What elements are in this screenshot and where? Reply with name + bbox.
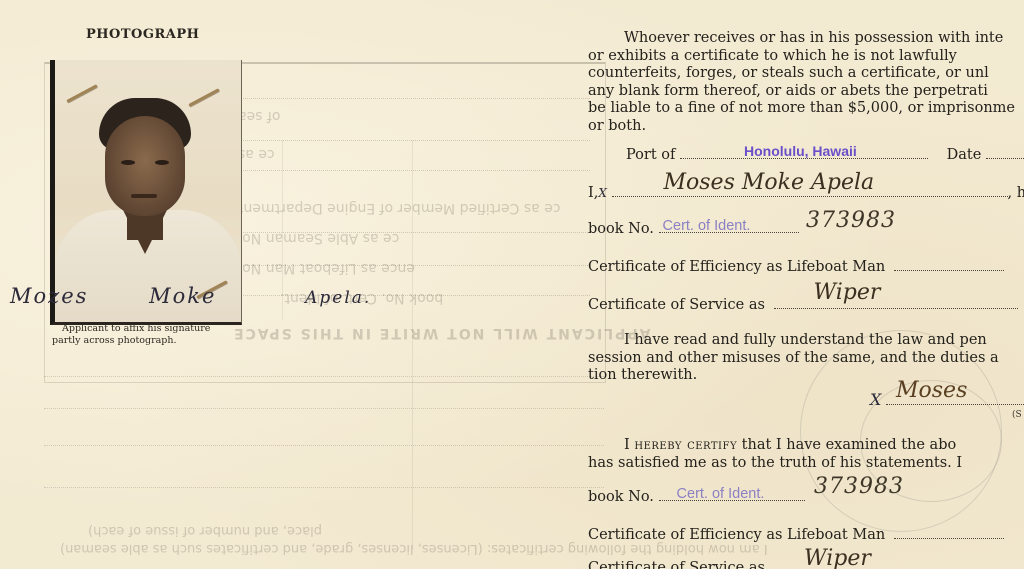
photograph-heading: PHOTOGRAPH	[86, 27, 199, 42]
cert-book-label: book No.	[588, 489, 654, 505]
declarant-prefix: I,	[588, 185, 598, 201]
bleedthrough-text: I am now holding the following certifica…	[60, 541, 768, 556]
port-value-field[interactable]: Honolulu, Hawaii	[680, 146, 928, 159]
lifeboat-label: Certificate of Efficiency as Lifeboat Ma…	[588, 259, 885, 275]
declarant-mark: X	[598, 186, 607, 200]
declarant-name: Moses Moke Apela	[664, 170, 875, 195]
staple-icon	[66, 84, 97, 103]
signature-part: Mozes	[10, 284, 88, 308]
cert-lifeboat-input[interactable]	[894, 526, 1004, 539]
warning-line: or exhibits a certificate to which he is…	[588, 48, 1024, 66]
service-value: Wiper	[814, 280, 881, 305]
bleedthrough-text: ce as Certified Member of Engine Departm…	[238, 200, 561, 216]
declarant-name-field[interactable]: Moses Moke Apela	[612, 184, 1008, 197]
port-stamp: Honolulu, Hawaii	[744, 143, 857, 159]
caption-line: Applicant to affix his signature	[52, 323, 210, 335]
cert-service-value: Wiper	[804, 546, 871, 569]
cert-service-label: Certificate of Service as	[588, 560, 765, 569]
date-field[interactable]	[986, 146, 1024, 159]
bleedthrough-text: place, and number of issue of each)	[88, 523, 322, 538]
applicant-signature: Moses	[896, 378, 967, 403]
cert-lifeboat-label: Certificate of Efficiency as Lifeboat Ma…	[588, 527, 885, 543]
lifeboat-field: Certificate of Efficiency as Lifeboat Ma…	[588, 258, 1004, 275]
certification-paragraph: I hereby certify that I have examined th…	[588, 437, 1024, 472]
bleedthrough-rule	[230, 170, 590, 171]
ack-line: I have read and fully understand the law…	[588, 332, 1024, 350]
cert-book-number-input[interactable]: Cert. of Ident.	[659, 488, 805, 501]
signature-mark: X	[870, 390, 881, 409]
port-label: Port of	[626, 147, 675, 163]
service-input[interactable]: Wiper	[774, 296, 1018, 309]
acknowledgement-paragraph: I have read and fully understand the law…	[588, 332, 1024, 385]
portrait-collar	[123, 210, 167, 254]
warning-line: or both.	[588, 118, 1024, 136]
bleedthrough-rule	[230, 98, 590, 99]
book-number-input[interactable]: Cert. of Ident.	[659, 220, 799, 233]
bleedthrough-text: ence as Lifeboat Man No.	[238, 260, 415, 276]
cert-lifeboat-field: Certificate of Efficiency as Lifeboat Ma…	[588, 526, 1004, 543]
cert-book-number: 373983	[814, 474, 904, 499]
portrait-eye	[155, 160, 169, 165]
bleedthrough-rule	[44, 376, 604, 377]
book-label: book No.	[588, 221, 654, 237]
applicant-signature-field: X Moses	[870, 390, 1024, 409]
photograph-caption: Applicant to affix his signature partly …	[52, 323, 210, 347]
caption-line: partly across photograph.	[52, 335, 210, 347]
service-label: Certificate of Service as	[588, 297, 765, 313]
signature-part: Moke	[149, 284, 216, 308]
bleedthrough-text: ce as	[238, 146, 275, 162]
lifeboat-input[interactable]	[894, 258, 1004, 271]
portrait-face	[105, 116, 185, 216]
warning-line: any blank form thereof, or aids or abets…	[588, 83, 1024, 101]
book-number-field: book No. Cert. of Ident. 373983	[588, 220, 799, 237]
cert-book-number-field: book No. Cert. of Ident. 373983	[588, 488, 805, 505]
warning-line: counterfeits, forges, or steals such a c…	[588, 65, 1024, 83]
warning-paragraph: Whoever receives or has in his possessio…	[588, 30, 1024, 135]
declarant-suffix: , h	[1008, 185, 1024, 201]
bleedthrough-text: of sea	[238, 108, 280, 124]
cert-service-field: Certificate of Service as Wiper	[588, 560, 765, 569]
bleedthrough-text: ce as Able Seaman No.	[238, 230, 399, 246]
ack-line: session and other misuses of the same, a…	[588, 350, 1024, 368]
bleedthrough-rule	[230, 140, 590, 141]
signature-caption: (S	[1012, 410, 1022, 420]
staple-icon	[188, 88, 219, 107]
signature-input[interactable]: Moses	[886, 392, 1024, 405]
book-number: 373983	[806, 208, 896, 233]
date-label: Date	[947, 147, 982, 163]
bleedthrough-rule	[44, 408, 604, 409]
bleedthrough-rule	[44, 487, 604, 488]
warning-line: Whoever receives or has in his possessio…	[588, 30, 1024, 48]
signature-part: Apela.	[305, 288, 371, 308]
port-field: Port of Honolulu, Hawaii Date	[626, 146, 1024, 163]
service-field: Certificate of Service as Wiper	[588, 296, 1018, 313]
applicant-signature-across-photo: Mozes Moke Apela.	[10, 284, 393, 308]
cert-book-stamp: Cert. of Ident.	[677, 486, 765, 502]
cert-line: I hereby certify that I have examined th…	[588, 437, 1024, 455]
portrait-eye	[121, 160, 135, 165]
cert-line: has satisfied me as to the truth of his …	[588, 455, 1024, 473]
declarant-field: I,X Moses Moke Apela , h	[588, 184, 1024, 201]
book-stamp: Cert. of Ident.	[663, 218, 751, 234]
bleedthrough-rule	[44, 445, 604, 446]
portrait-mouth	[131, 194, 157, 198]
warning-line: be liable to a fine of not more than $5,…	[588, 100, 1024, 118]
